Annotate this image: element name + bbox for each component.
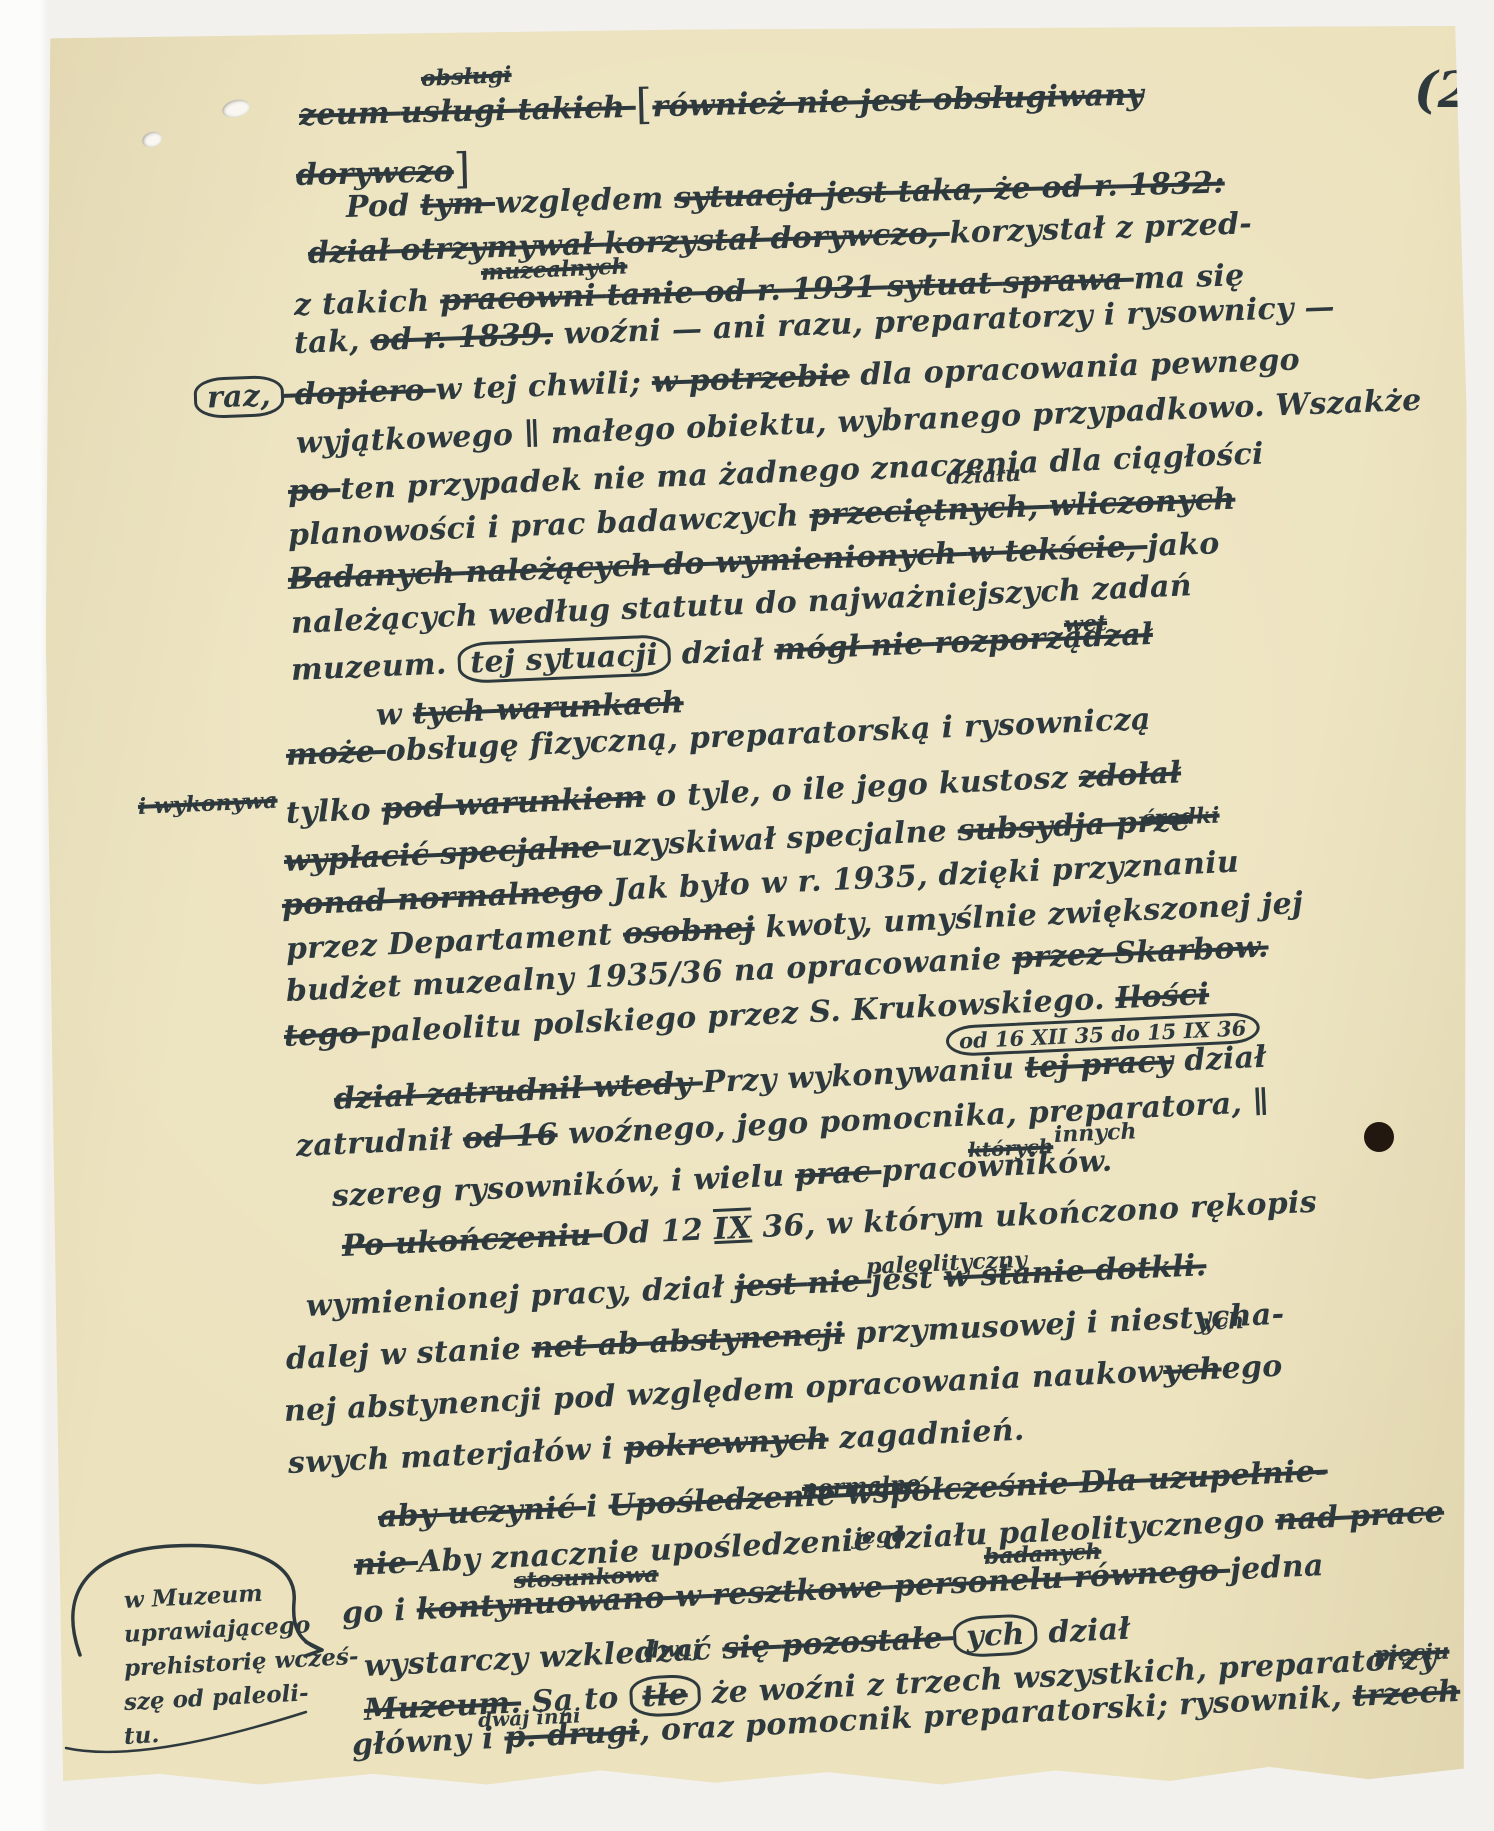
text-segment: Ilości: [1115, 977, 1210, 1016]
text-segment: resztkowe: [711, 1569, 894, 1613]
text-segment: dalej w stanie: [285, 1331, 532, 1377]
text-segment: tej sytuacji: [457, 634, 672, 684]
text-segment: zdołał: [1078, 755, 1182, 795]
text-segment: net ab: [531, 1326, 651, 1366]
text-segment: sprawa: [1002, 262, 1134, 301]
text-segment: dorywczo,: [770, 216, 950, 257]
text-segment: o tyle, o ile jego kustosz: [645, 760, 1080, 815]
text-segment: usługi: [400, 93, 518, 131]
interline-insert-11: ych: [1201, 1308, 1244, 1336]
text-segment: aby uczynić: [377, 1490, 587, 1535]
text-segment: w tekście,: [967, 529, 1148, 571]
text-segment: Od 12: [602, 1212, 715, 1252]
text-segment: Po ukończeniu: [341, 1217, 603, 1264]
text-segment: zeum: [299, 96, 401, 133]
punch-hole-icon: [220, 97, 251, 120]
text-segment: sytuacja jest taka, że od r. 1832:: [674, 165, 1225, 215]
text-segment: w: [375, 696, 413, 733]
interline-insert-5: i wykonywa: [137, 788, 278, 820]
page-number: (2: [1414, 60, 1472, 119]
text-segment: również nie jest obsługiwany: [652, 77, 1145, 124]
text-segment: Pod: [346, 188, 421, 225]
text-segment: 36, w którym ukończono rękopis: [751, 1185, 1318, 1246]
margin-note: w Muzeumuprawiającegoprehistorię wcześ-s…: [124, 1584, 354, 1754]
interline-insert-16: dwaj: [643, 1635, 701, 1664]
text-segment: z takich: [293, 283, 440, 323]
text-segment: korzystał: [604, 221, 771, 261]
text-segment: wymienionej pracy, dział: [305, 1270, 735, 1324]
text-segment: zagadnień.: [828, 1413, 1026, 1457]
paper: (2 w Muzeumuprawiającegoprehistorię wcze…: [46, 26, 1468, 1788]
text-segment: dział: [1037, 1612, 1131, 1651]
text-segment: tym: [420, 186, 496, 223]
text-segment: abstynencji: [649, 1317, 846, 1361]
interline-insert-17: dwaj inni: [477, 1703, 581, 1732]
text-segment: przeciętnych,: [809, 489, 1050, 533]
text-segment: nie: [870, 626, 935, 664]
text-segment: pod warunkiem: [381, 780, 646, 827]
text-segment: dział zatrudnił wtedy: [333, 1065, 703, 1117]
text-segment: wliczonych: [1049, 482, 1236, 524]
text-segment: IX: [713, 1210, 752, 1247]
text-segment: zatrudnił: [295, 1121, 464, 1164]
punch-hole-icon: [140, 129, 164, 149]
text-segment: wymienionych: [715, 536, 969, 581]
text-segment: ych: [1162, 1351, 1222, 1389]
text-segment: pozostałe: [780, 1620, 954, 1663]
interline-insert-18: pięciu: [1373, 1639, 1450, 1668]
text-segment: mógł: [774, 629, 872, 668]
text-segment: w potrzebie: [651, 358, 850, 400]
interline-insert-3: działu: [945, 461, 1021, 490]
text-segment: sytuat: [887, 266, 1004, 305]
text-segment: należących do: [465, 546, 716, 591]
text-segment: uzyskiwał specjalne: [610, 813, 958, 864]
interline-insert-6: środki: [1141, 802, 1220, 831]
text-segment: przez Departament: [285, 917, 624, 967]
text-segment: ponad normalnego: [281, 873, 603, 923]
text-segment: osobnej: [622, 911, 755, 952]
scanned-manuscript-page: (2 w Muzeumuprawiającegoprehistorię wcze…: [0, 0, 1494, 1831]
text-segment: rozporządzał: [934, 617, 1154, 661]
text-segment: tanie: [606, 275, 705, 313]
text-segment: nad prace: [1274, 1495, 1444, 1538]
text-segment: może: [285, 734, 386, 773]
text-segment: raz,: [193, 375, 284, 419]
text-segment: nie: [807, 1263, 872, 1301]
text-segment: nie: [353, 1545, 419, 1583]
text-segment: ych: [952, 1613, 1038, 1658]
text-segment: swych materjałów i: [287, 1431, 625, 1481]
text-segment: przez Skarbow.: [1011, 929, 1269, 976]
text-segment: pracowni: [440, 278, 608, 318]
interline-insert-1: obsługi: [420, 62, 512, 92]
text-segment: tak,: [293, 323, 371, 361]
interline-insert-13: jego: [853, 1522, 906, 1550]
text-segment: subsydja: [957, 806, 1117, 848]
text-segment: muzeum.: [290, 646, 458, 688]
text-segment: ma się: [1133, 258, 1245, 296]
text-segment: pokrewnych: [623, 1421, 829, 1465]
interline-insert-15: badanych: [983, 1539, 1102, 1570]
text-segment: dział: [307, 233, 401, 271]
text-segment: dział: [670, 633, 775, 672]
text-segment: tylko: [285, 792, 382, 831]
ink-blot-dot: [1364, 1122, 1394, 1152]
text-segment: Badanych: [287, 555, 466, 597]
text-segment: dla opracowania pewnego: [849, 342, 1300, 393]
text-segment: po: [287, 472, 341, 509]
text-segment: względem: [495, 181, 675, 221]
text-segment: się: [721, 1629, 782, 1667]
interline-insert-4: wet: [1063, 610, 1107, 638]
text-segment: Dla uzupełnie-: [1079, 1454, 1329, 1501]
interline-insert-12: normalne: [801, 1471, 920, 1502]
text-segment: od 16: [462, 1117, 558, 1156]
text-segment: od r. 1839.: [370, 317, 554, 358]
text-segment: korzystał z przed-: [949, 206, 1252, 250]
text-segment: tego: [283, 1015, 370, 1054]
text-segment: dopiero: [283, 373, 436, 413]
text-segment: i: [585, 1489, 609, 1525]
text-segment: jest: [734, 1266, 808, 1304]
interline-insert-8: których: [967, 1134, 1053, 1162]
text-segment: prac: [794, 1154, 882, 1193]
text-segment: jako: [1147, 526, 1221, 564]
text-segment: jedna: [1229, 1548, 1324, 1588]
text-segment: [: [635, 79, 653, 128]
text-segment: go i: [341, 1592, 417, 1631]
text-segment: takich: [517, 90, 636, 128]
text-segment: trzech: [1352, 1674, 1461, 1714]
text-segment: ego: [1221, 1349, 1284, 1387]
text-segment: w tej chwili;: [435, 365, 652, 408]
interline-insert-9: innych: [1053, 1118, 1137, 1148]
text-segment: Przy wykonywaniu: [702, 1051, 1026, 1101]
text-segment: od r. 1931: [704, 269, 888, 310]
text-segment: szereg rysowników, i wielu: [331, 1158, 796, 1214]
text-segment: wypłacić specjalne: [283, 829, 612, 879]
